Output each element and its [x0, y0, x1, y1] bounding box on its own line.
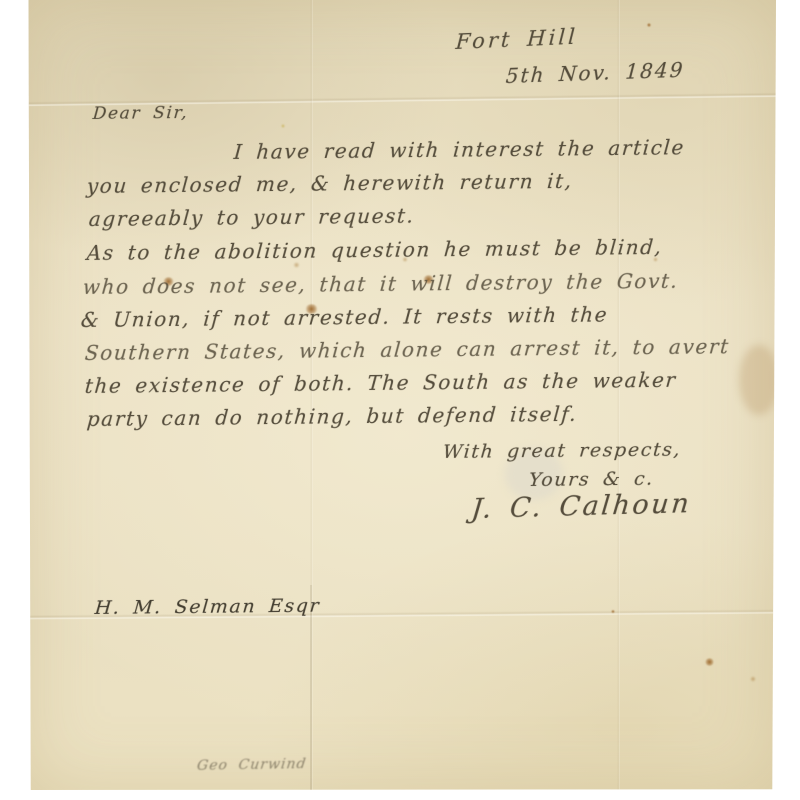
letter-signature: J. C. Calhoun — [470, 488, 693, 525]
foxing-stain — [281, 124, 285, 128]
letter-photograph: Fort Hill 5th Nov. 1849 Dear Sir, I have… — [0, 0, 800, 800]
edge-stain — [739, 345, 779, 415]
faint-pencil-inscription: Geo Curwind — [196, 756, 307, 774]
letter-body-line: I have read with interest the article — [233, 135, 686, 164]
letter-body-line: you enclosed me, & herewith return it, — [86, 169, 574, 198]
letter-closing-respects: With great respects, — [442, 439, 682, 463]
letter-closing-yours: Yours & c. — [528, 468, 655, 491]
foxing-stain — [750, 676, 756, 682]
letter-addressee: H. M. Selman Esqr — [94, 595, 321, 619]
foxing-stain — [647, 23, 651, 27]
letter-body-line: agreeably to your request. — [88, 204, 416, 231]
foxing-stain — [611, 610, 615, 613]
foxing-stain — [293, 262, 300, 268]
fold-crease-vertical-right — [617, 0, 620, 790]
foxing-stain — [705, 658, 714, 666]
letter-salutation: Dear Sir, — [92, 103, 189, 124]
